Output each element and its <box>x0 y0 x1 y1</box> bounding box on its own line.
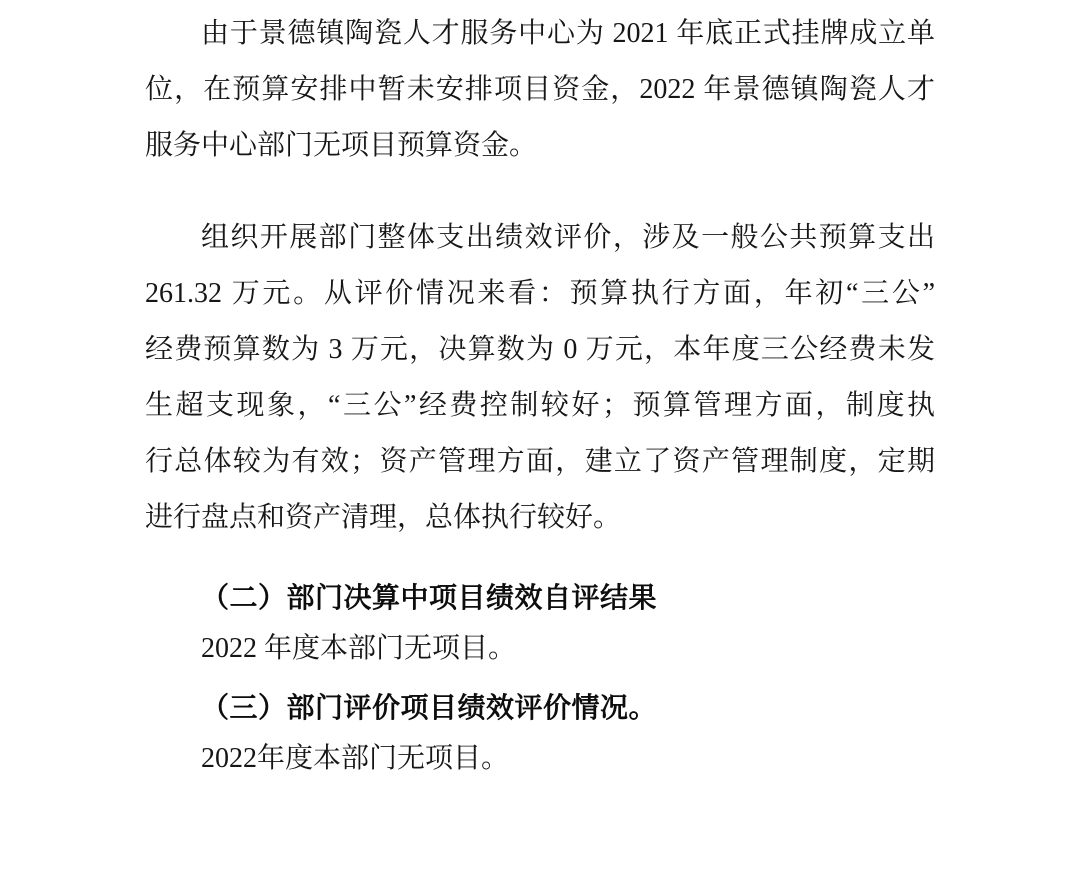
paragraph-no-project-section-3: 2022年度本部门无项目。 <box>145 734 935 784</box>
text-line: 由于景德镇陶瓷人才服务中心为 2021 年底正式挂牌成立单 <box>145 6 935 62</box>
heading-section-3: （三）部门评价项目绩效评价情况。 <box>145 682 935 734</box>
text-line: 261.32 万元。从评价情况来看：预算执行方面，年初“三公” <box>145 266 935 322</box>
text-line: 组织开展部门整体支出绩效评价，涉及一般公共预算支出 <box>145 210 935 266</box>
paragraph-evaluation: 组织开展部门整体支出绩效评价，涉及一般公共预算支出 261.32 万元。从评价情… <box>145 210 935 546</box>
text-line: 服务中心部门无项目预算资金。 <box>145 118 935 174</box>
paragraph-no-project-section-2: 2022 年度本部门无项目。 <box>145 624 935 674</box>
text-line: 生超支现象，“三公”经费控制较好；预算管理方面，制度执 <box>145 378 935 434</box>
text-line: 位，在预算安排中暂未安排项目资金，2022 年景德镇陶瓷人才 <box>145 62 935 118</box>
heading-section-2: （二）部门决算中项目绩效自评结果 <box>145 572 935 624</box>
text-line: 行总体较为有效；资产管理方面，建立了资产管理制度，定期 <box>145 434 935 490</box>
paragraph-intro: 由于景德镇陶瓷人才服务中心为 2021 年底正式挂牌成立单 位，在预算安排中暂未… <box>145 6 935 174</box>
text-line: 进行盘点和资产清理，总体执行较好。 <box>145 490 935 546</box>
document-page: 由于景德镇陶瓷人才服务中心为 2021 年底正式挂牌成立单 位，在预算安排中暂未… <box>0 0 1074 889</box>
text-line: 经费预算数为 3 万元，决算数为 0 万元，本年度三公经费未发 <box>145 322 935 378</box>
